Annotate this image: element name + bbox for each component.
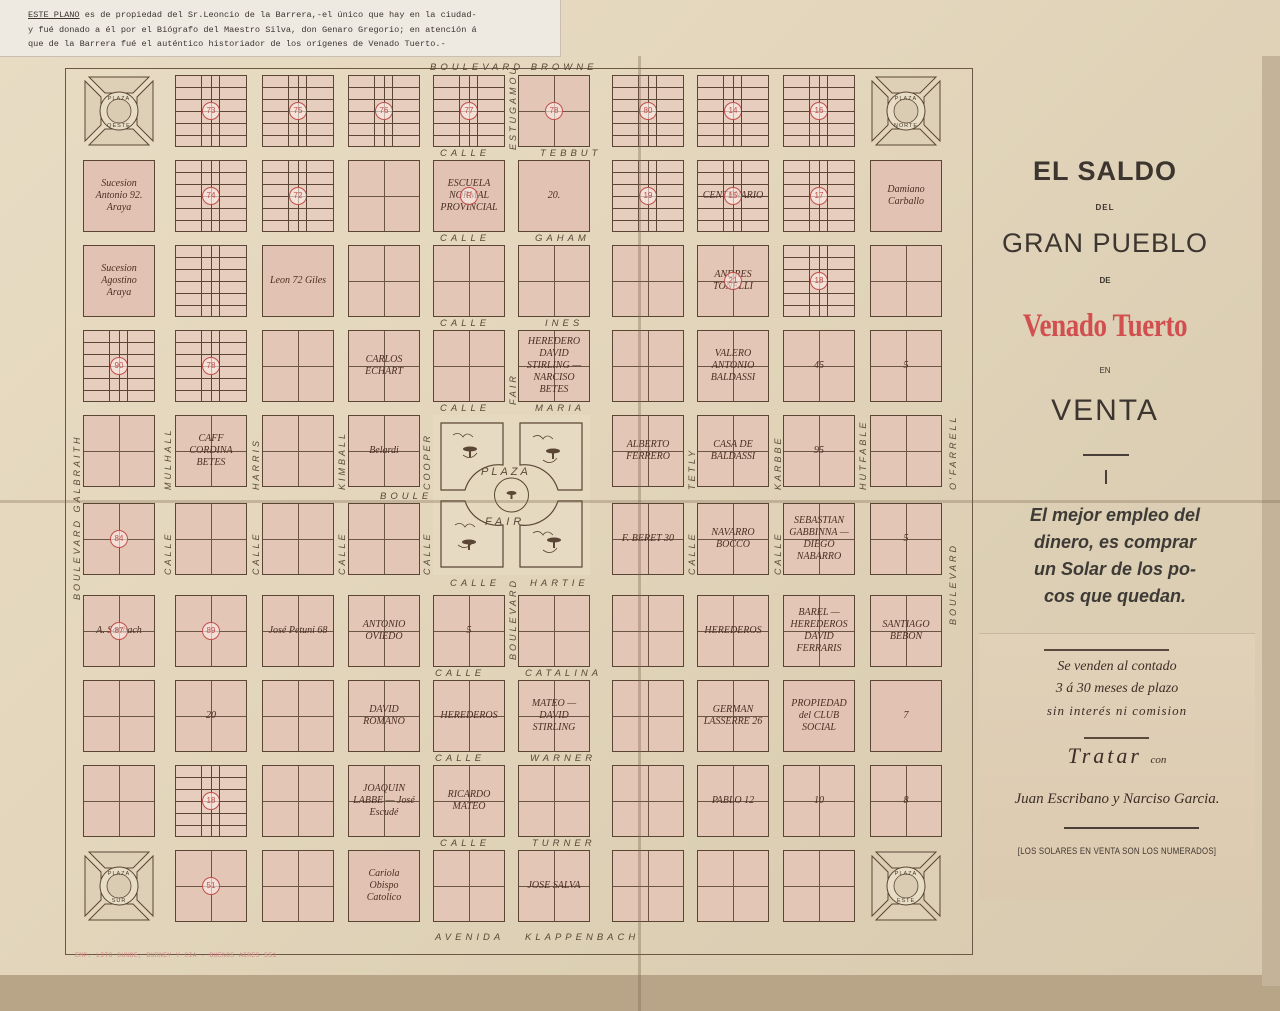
city-block: Belardi — [348, 415, 420, 487]
block-owner-text: BAREL — HEREDEROS DAVID FERRARIS — [788, 607, 850, 655]
city-block — [262, 850, 334, 922]
city-block — [612, 245, 684, 317]
central-plaza-drawing: PLAZA FAIR — [433, 415, 590, 575]
block-owner-text: JOSE SALVA — [523, 880, 585, 892]
street-label: MULHALL — [163, 427, 173, 490]
block-owner-text: 20. — [523, 190, 585, 202]
block-owner-text: CASA DE BALDASSI — [702, 439, 764, 463]
street-label: AVENIDA — [435, 932, 504, 943]
block-owner-text: VALERO ANTONIO BALDASSI — [702, 348, 764, 384]
street-label: KARBBE — [773, 435, 783, 490]
svg-text:PLAZA: PLAZA — [108, 96, 130, 102]
city-block: 18 — [175, 765, 247, 837]
title-venta: VENTA — [975, 394, 1235, 428]
printer-credit: EMP. LITO GUNDE, BURNEY Y CIA - BUENOS A… — [75, 952, 277, 959]
city-block — [348, 503, 420, 575]
city-block: HEREDEROS — [433, 680, 505, 752]
title-gran-pueblo: GRAN PUEBLO — [975, 228, 1235, 259]
street-label: BOULEVARD GALBRAITH — [72, 434, 82, 600]
sale-terms-box: Se venden al contado 3 á 30 meses de pla… — [979, 633, 1255, 899]
block-owner-text: DAVID ROMANO — [353, 704, 415, 728]
block-owner-text: Belardi — [353, 445, 415, 457]
city-block: BAREL — HEREDEROS DAVID FERRARIS — [783, 595, 855, 667]
city-block — [262, 680, 334, 752]
fold-crease-vertical — [638, 56, 641, 1011]
lot-number-badge: 73 — [202, 102, 220, 120]
city-block — [348, 160, 420, 232]
block-owner-text: Cariola Obispo Catolico — [353, 868, 415, 904]
street-label: KLAPPENBACH — [525, 932, 639, 943]
city-block: PABLO 12 — [697, 765, 769, 837]
city-block — [783, 850, 855, 922]
block-owner-text: Leon 72 Giles — [267, 275, 329, 287]
sales-slogan: El mejor empleo del dinero, es comprar u… — [995, 502, 1235, 610]
city-block: CARLOS ECHART — [348, 330, 420, 402]
city-block: HEREDEROS — [697, 595, 769, 667]
street-label: GAHAM — [535, 233, 590, 244]
city-block: ALBERTO FERRERO — [612, 415, 684, 487]
svg-text:FAIR: FAIR — [485, 516, 525, 528]
city-block — [83, 765, 155, 837]
city-block — [175, 245, 247, 317]
lot-number-badge: 21 — [724, 272, 742, 290]
lot-number-badge: 90 — [110, 357, 128, 375]
street-label: CALLE — [773, 531, 783, 575]
block-owner-text: GERMAN LASSERRE 26 — [702, 704, 764, 728]
lot-number-badge: R — [460, 187, 478, 205]
city-block: 5 — [870, 330, 942, 402]
sale-rule-bottom — [1064, 827, 1199, 829]
block-owner-text: 45 — [788, 360, 850, 372]
block-owner-text: ALBERTO FERRERO — [617, 439, 679, 463]
city-block — [433, 245, 505, 317]
lot-number-badge: 84 — [110, 530, 128, 548]
lot-number-badge: 14 — [724, 102, 742, 120]
city-block — [612, 595, 684, 667]
street-label: BOULEVARD — [948, 543, 958, 625]
sale-rule-top — [1044, 649, 1169, 651]
street-label: ESTUGAMOU — [508, 65, 518, 150]
street-label: HARRIS — [251, 438, 261, 490]
street-label: CALLE — [435, 668, 485, 679]
block-owner-text: Sucesion Antonio 92. Araya — [88, 178, 150, 214]
sale-rule-mid — [1084, 737, 1149, 739]
lot-number-badge: 15 — [724, 187, 742, 205]
plaza-sur: PLAZASUR — [83, 850, 155, 922]
city-block: F. BERET 30 — [612, 503, 684, 575]
block-owner-text: CARLOS ECHART — [353, 354, 415, 378]
block-owner-text: 5 — [438, 625, 500, 637]
city-block: 7 — [870, 680, 942, 752]
city-block: CENTENARIO15 — [697, 160, 769, 232]
city-block — [612, 850, 684, 922]
block-owner-text: 95 — [788, 445, 850, 457]
city-block: A. Sanbach87 — [83, 595, 155, 667]
city-block: 14 — [697, 75, 769, 147]
block-owner-text: SEBASTIAN GABBINNA — DIEGO NABARRO — [788, 515, 850, 563]
sale-terms-agents: Juan Escribano y Narciso Garcia. — [979, 787, 1255, 811]
city-block: PROPIEDAD del CLUB SOCIAL — [783, 680, 855, 752]
street-label: CALLE — [440, 403, 490, 414]
city-block — [612, 330, 684, 402]
street-label: CALLE — [687, 531, 697, 575]
sale-terms-line2: 3 á 30 meses de plazo — [979, 678, 1255, 700]
block-owner-text: MATEO — DAVID STIRLING — [523, 698, 585, 734]
city-block: MATEO — DAVID STIRLING — [518, 680, 590, 752]
city-block: JOSE SALVA — [518, 850, 590, 922]
street-label: MARIA — [535, 403, 585, 414]
lot-number-badge: 87 — [110, 622, 128, 640]
city-block: 72 — [262, 160, 334, 232]
city-block — [433, 330, 505, 402]
block-owner-text: NAVARRO BOCCO — [702, 527, 764, 551]
city-block: DAVID ROMANO — [348, 680, 420, 752]
plaza-este: PLAZAESTE — [870, 850, 942, 922]
block-owner-text: HEREDERO DAVID STIRLING — NARCISO BETES — [523, 336, 585, 396]
title-town-name: Venado Tuerto — [998, 308, 1211, 345]
city-block: 18 — [783, 245, 855, 317]
street-label: HUTFABLE — [858, 420, 868, 490]
city-block: 76 — [348, 75, 420, 147]
city-block: Damiano Carballo — [870, 160, 942, 232]
sale-terms-line1: Se venden al contado — [979, 656, 1255, 678]
city-block: José Petuni 68 — [262, 595, 334, 667]
city-block — [175, 503, 247, 575]
city-block: CASA DE BALDASSI — [697, 415, 769, 487]
block-owner-text: PABLO 12 — [702, 795, 764, 807]
scan-border-right — [1262, 56, 1280, 986]
svg-text:ESTE: ESTE — [897, 898, 915, 904]
plaza-ornament-icon: PLAZAESTE — [870, 850, 942, 922]
lot-number-badge: 17 — [810, 187, 828, 205]
block-owner-text: ANTONIO OVIEDO — [353, 619, 415, 643]
city-block: 10 — [783, 765, 855, 837]
lot-number-badge: 78 — [545, 102, 563, 120]
city-block: 19 — [612, 160, 684, 232]
block-owner-text: 5 — [875, 533, 937, 545]
block-owner-text: HEREDEROS — [702, 625, 764, 637]
lot-number-badge: 51 — [202, 877, 220, 895]
city-block: 8 — [870, 765, 942, 837]
street-label: CALLE — [450, 578, 500, 589]
city-block — [83, 415, 155, 487]
title-en: EN — [975, 366, 1235, 375]
block-owner-text: SANTIAGO BEBON — [875, 619, 937, 643]
svg-text:NORTE: NORTE — [894, 123, 918, 129]
block-owner-text: CAFF CORDINA BETES — [180, 433, 242, 469]
lot-number-badge: 72 — [289, 187, 307, 205]
plaza-ornament-icon: PLAZANORTE — [870, 75, 942, 147]
street-label: TEBBUT — [540, 148, 601, 159]
city-block — [870, 415, 942, 487]
city-block: 45 — [783, 330, 855, 402]
title-del: DEL — [975, 203, 1235, 212]
city-block — [262, 503, 334, 575]
city-block — [612, 680, 684, 752]
title-divider — [1083, 454, 1129, 456]
title-de: DE — [975, 276, 1235, 285]
title-panel: EL SALDO DEL GRAN PUEBLO DE Venado Tuert… — [975, 68, 1245, 955]
city-block: 84 — [83, 503, 155, 575]
city-block: Leon 72 Giles — [262, 245, 334, 317]
lot-number-badge: 19 — [639, 187, 657, 205]
street-label: CALLE — [440, 318, 490, 329]
city-block: 89 — [175, 595, 247, 667]
block-owner-text: 7 — [875, 710, 937, 722]
numbered-lots-note: [LOS SOLARES EN VENTA SON LOS NUMERADOS] — [1004, 846, 1230, 857]
block-owner-text: 20 — [180, 710, 242, 722]
city-block — [262, 330, 334, 402]
street-label: FAIR — [508, 373, 518, 405]
city-block — [612, 765, 684, 837]
city-block: 5 — [433, 595, 505, 667]
street-label: CALLE — [440, 148, 490, 159]
city-block: GERMAN LASSERRE 26 — [697, 680, 769, 752]
lot-number-badge: 77 — [460, 102, 478, 120]
city-block: Sucesion Agostino Araya — [83, 245, 155, 317]
city-block: RICARDO MATEO — [433, 765, 505, 837]
city-block: 51 — [175, 850, 247, 922]
street-label: COOPER — [422, 433, 432, 490]
sale-terms-tratar: Tratar con — [979, 742, 1255, 774]
city-block: NAVARRO BOCCO — [697, 503, 769, 575]
city-block: 80 — [612, 75, 684, 147]
block-owner-text: 8 — [875, 795, 937, 807]
city-block: 20. — [518, 160, 590, 232]
lot-number-badge: 18 — [202, 792, 220, 810]
street-label: CALLE — [251, 531, 261, 575]
lot-number-badge: 16 — [810, 102, 828, 120]
city-block: SEBASTIAN GABBINNA — DIEGO NABARRO — [783, 503, 855, 575]
city-block: 95 — [783, 415, 855, 487]
city-block: 75 — [262, 75, 334, 147]
block-owner-text: José Petuni 68 — [267, 625, 329, 637]
city-block — [348, 245, 420, 317]
block-owner-text: JOAQUIN LABBE — José Escudé — [353, 783, 415, 819]
city-block: ESCUELA NORMAL PROVINCIALR — [433, 160, 505, 232]
sale-terms-line3: sin interés ni comision — [979, 700, 1255, 722]
svg-text:PLAZA: PLAZA — [481, 466, 531, 478]
title-el-saldo: EL SALDO — [975, 156, 1235, 187]
city-block: 90 — [83, 330, 155, 402]
city-block — [518, 245, 590, 317]
city-block — [697, 850, 769, 922]
street-label: TETLY — [687, 448, 697, 490]
svg-text:OESTE: OESTE — [107, 123, 131, 129]
city-block: 17 — [783, 160, 855, 232]
street-label: O'FARRELL — [948, 414, 958, 490]
city-block: VALERO ANTONIO BALDASSI — [697, 330, 769, 402]
street-label: INES — [545, 318, 583, 329]
street-label: WARNER — [530, 753, 596, 764]
street-label: CALLE — [163, 531, 173, 575]
city-block: ANDRES TONELLI21 — [697, 245, 769, 317]
city-block: Sucesion Antonio 92. Araya — [83, 160, 155, 232]
block-owner-text: RICARDO MATEO — [438, 789, 500, 813]
city-block: 20 — [175, 680, 247, 752]
street-label: TURNER — [532, 838, 596, 849]
street-label: HARTIE — [530, 578, 589, 589]
block-owner-text: 5 — [875, 360, 937, 372]
lot-number-badge: 78 — [202, 357, 220, 375]
city-block: ANTONIO OVIEDO — [348, 595, 420, 667]
block-owner-text: Sucesion Agostino Araya — [88, 263, 150, 299]
lot-number-badge: 76 — [375, 102, 393, 120]
city-block: SANTIAGO BEBON — [870, 595, 942, 667]
city-block: 77 — [433, 75, 505, 147]
city-block: Cariola Obispo Catolico — [348, 850, 420, 922]
city-block — [262, 415, 334, 487]
city-block: CAFF CORDINA BETES — [175, 415, 247, 487]
lot-number-badge: 18 — [810, 272, 828, 290]
block-owner-text: PROPIEDAD del CLUB SOCIAL — [788, 698, 850, 734]
city-block — [83, 680, 155, 752]
title-divider-tick — [1105, 470, 1107, 484]
central-plaza: PLAZA FAIR — [433, 415, 590, 575]
lot-number-badge: 89 — [202, 622, 220, 640]
city-block: 16 — [783, 75, 855, 147]
block-owner-text: Damiano Carballo — [875, 184, 937, 208]
city-block — [518, 595, 590, 667]
plaza-ornament-icon: PLAZAOESTE — [83, 75, 155, 147]
city-block — [870, 245, 942, 317]
block-owner-text: F. BERET 30 — [617, 533, 679, 545]
svg-text:SUR: SUR — [112, 898, 127, 904]
street-label: CALLE — [337, 531, 347, 575]
street-label: CALLE — [440, 233, 490, 244]
street-label: CALLE — [435, 753, 485, 764]
city-block: JOAQUIN LABBE — José Escudé — [348, 765, 420, 837]
city-block: HEREDERO DAVID STIRLING — NARCISO BETES — [518, 330, 590, 402]
plaza-oeste: PLAZAOESTE — [83, 75, 155, 147]
street-label: CALLE — [440, 838, 490, 849]
svg-text:PLAZA: PLAZA — [895, 96, 917, 102]
street-label: CALLE — [422, 531, 432, 575]
svg-text:PLAZA: PLAZA — [895, 871, 917, 877]
street-label: KIMBALL — [337, 431, 347, 490]
city-block: 78 — [175, 330, 247, 402]
city-block: 74 — [175, 160, 247, 232]
city-block — [518, 765, 590, 837]
lot-number-badge: 75 — [289, 102, 307, 120]
lot-number-badge: 74 — [202, 187, 220, 205]
city-block — [433, 850, 505, 922]
lot-number-badge: 80 — [639, 102, 657, 120]
svg-text:PLAZA: PLAZA — [108, 871, 130, 877]
street-label: BOULEVARD — [508, 578, 518, 660]
city-block: 73 — [175, 75, 247, 147]
block-owner-text: HEREDEROS — [438, 710, 500, 722]
city-block: 5 — [870, 503, 942, 575]
ownership-note-text: ESTE PLANO es de propiedad del Sr.Leonci… — [28, 8, 548, 52]
street-label: CATALINA — [525, 668, 602, 679]
block-owner-text: 10 — [788, 795, 850, 807]
ownership-note: ESTE PLANO es de propiedad del Sr.Leonci… — [0, 0, 561, 57]
city-block: 78 — [518, 75, 590, 147]
city-block — [262, 765, 334, 837]
plaza-norte: PLAZANORTE — [870, 75, 942, 147]
plaza-ornament-icon: PLAZASUR — [83, 850, 155, 922]
